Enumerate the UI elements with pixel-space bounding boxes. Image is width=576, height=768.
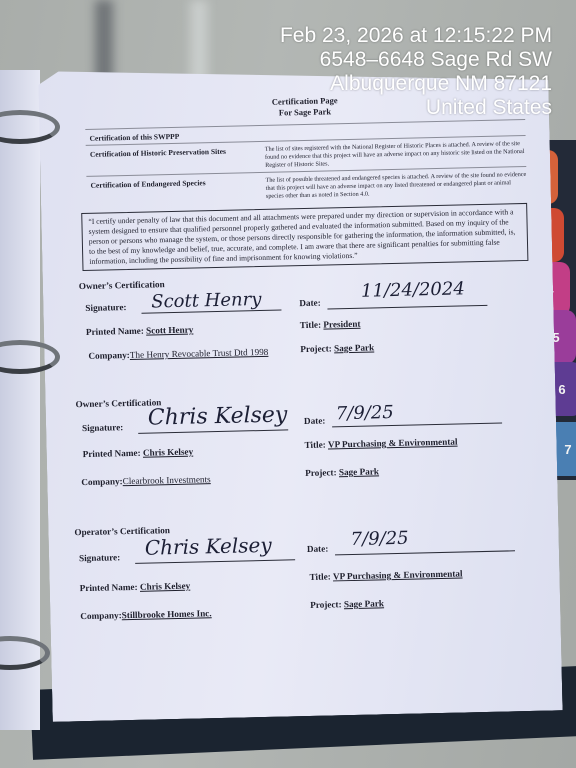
signature-line [135,559,295,564]
printed-name-label: Printed Name: Scott Henry [86,325,194,337]
title-label: Title: President [300,319,361,330]
certification-statement: “I certify under penalty of law that thi… [81,203,528,271]
project-value: Sage Park [344,598,384,609]
title-label: Title: VP Purchasing & Environmental [304,437,457,450]
project-label: Project: Sage Park [310,598,384,610]
project-label: Project: Sage Park [300,342,374,354]
photo-country: United States [280,96,552,120]
signature: Chris Kelsey [145,533,272,560]
photo-timestamp-overlay: Feb 23, 2026 at 12:15:22 PM 6548–6648 Sa… [280,24,552,120]
signoff-owner-2: Owner’s Certification Signature: Chris K… [91,389,534,527]
back-pages [0,70,40,730]
date-label: Date: [299,298,321,308]
signature-label: Signature: [85,302,126,313]
printed-name-label: Printed Name: Chris Kelsey [80,581,191,594]
photo-address-line1: 6548–6648 Sage Rd SW [280,48,552,72]
printed-name-value: Chris Kelsey [140,581,190,592]
certification-page: Certification Page For Sage Park Certifi… [38,60,563,721]
signature-label: Signature: [79,552,120,563]
company-value: Clearbrook Investments [123,474,211,486]
printed-name-value: Scott Henry [146,325,193,336]
binder-ring-icon [0,636,50,670]
company-label: Company:Stillbrooke Homes Inc. [80,608,211,621]
title-value: President [323,319,360,330]
company-value: The Henry Revocable Trust Dtd 1998 [130,347,269,360]
printed-name-label: Printed Name: Chris Kelsey [83,447,194,460]
date-label: Date: [307,544,329,554]
date-value: 7/9/25 [336,402,394,424]
company-value: Stillbrooke Homes Inc. [122,608,212,620]
signature-label: Signature: [82,422,123,433]
project-value: Sage Park [339,466,379,477]
title-label: Title: VP Purchasing & Environmental [309,569,462,582]
printed-name-value: Chris Kelsey [143,447,193,458]
date-value: 11/24/2024 [361,278,465,301]
signature: Chris Kelsey [148,402,288,430]
date-line [327,305,487,310]
photo-address-line2: Albuquerque NM 87121 [280,72,552,96]
project-label: Project: Sage Park [305,466,379,478]
date-line [335,550,515,555]
date-value: 7/9/25 [350,528,408,550]
photo-datetime: Feb 23, 2026 at 12:15:22 PM [280,24,552,48]
certification-table: Certification of this SWPPP Certificatio… [85,119,527,207]
project-value: Sage Park [334,342,374,353]
signoff-operator: Operator’s Certification Signature: Chri… [94,517,537,647]
signoff-owner-1: Owner’s Certification Signature: Scott H… [89,271,532,399]
title-value: VP Purchasing & Environmental [333,569,463,582]
title-value: VP Purchasing & Environmental [328,437,458,450]
signature: Scott Henry [151,289,262,312]
date-label: Date: [304,416,326,426]
company-label: Company:The Henry Revocable Trust Dtd 19… [88,347,268,361]
signoff-heading: Owner’s Certification [79,279,165,291]
document-body: Certification Page For Sage Park Certifi… [85,91,537,647]
company-label: Company:Clearbrook Investments [81,474,211,487]
